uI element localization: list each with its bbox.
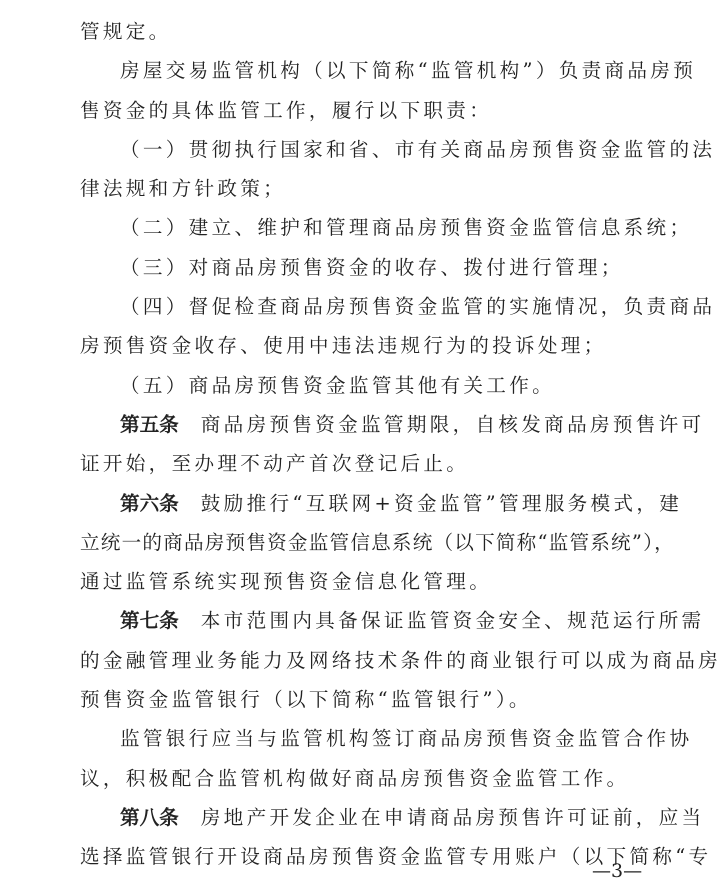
- text-line-12: 证开始，至办理不动产首次登记后止。: [80, 444, 670, 483]
- line-text: 售资金的具体监管工作，履行以下职责：: [80, 99, 492, 122]
- article-8-line: 第八条房地产开发企业在申请商品房预售许可证前，应当: [80, 798, 670, 837]
- article-5-line: 第五条商品房预售资金监管期限，自核发商品房预售许可: [80, 405, 670, 444]
- line-text: 律法规和方针政策；: [80, 177, 286, 200]
- line-text: 房预售资金收存、使用中违法违规行为的投诉处理；: [80, 334, 607, 357]
- line-text: 监管银行应当与监管机构签订商品房预售资金监管合作协: [120, 727, 692, 750]
- article-7-line: 第七条本市范围内具备保证监管资金安全、规范运行所需: [80, 601, 670, 640]
- text-line-17: 的金融管理业务能力及网络技术条件的商业银行可以成为商品房: [80, 641, 670, 680]
- text-line-5: 律法规和方针政策；: [80, 169, 670, 208]
- line-text: 管规定。: [80, 20, 172, 43]
- article-label: 第八条: [120, 806, 179, 829]
- line-text: 房地产开发企业在申请商品房预售许可证前，应当: [201, 806, 705, 829]
- text-line-15: 通过监管系统实现预售资金信息化管理。: [80, 562, 670, 601]
- line-text: 通过监管系统实现预售资金信息化管理。: [80, 570, 492, 593]
- line-text: 议，积极配合监管机构做好商品房预售资金监管工作。: [80, 767, 629, 790]
- text-line-22: 选择监管银行开设商品房预售资金监管专用账户（以下简称“专: [80, 837, 670, 876]
- line-text: 的金融管理业务能力及网络技术条件的商业银行可以成为商品房: [80, 649, 720, 672]
- text-line-14: 立统一的商品房预售资金监管信息系统（以下简称“监管系统”），: [80, 523, 670, 562]
- text-line-19: 监管银行应当与监管机构签订商品房预售资金监管合作协: [80, 719, 670, 758]
- text-line-2: 房屋交易监管机构（以下简称“监管机构”）负责商品房预: [80, 51, 670, 90]
- line-text: （一）贯彻执行国家和省、市有关商品房预售资金监管的法: [120, 138, 715, 161]
- text-line-18: 预售资金监管银行（以下简称“监管银行”）。: [80, 680, 670, 719]
- line-text: 立统一的商品房预售资金监管信息系统（以下简称“监管系统”），: [80, 531, 675, 554]
- line-text: 房屋交易监管机构（以下简称“监管机构”）负责商品房预: [120, 59, 696, 82]
- text-line-7: （三）对商品房预售资金的收存、拨付进行管理；: [80, 248, 670, 287]
- article-label: 第六条: [120, 492, 179, 515]
- text-line-20: 议，积极配合监管机构做好商品房预售资金监管工作。: [80, 759, 670, 798]
- line-text: （三）对商品房预售资金的收存、拨付进行管理；: [120, 256, 624, 279]
- document-page: 管规定。 房屋交易监管机构（以下简称“监管机构”）负责商品房预 售资金的具体监管…: [80, 12, 670, 877]
- line-text: 预售资金监管银行（以下简称“监管银行”）。: [80, 688, 532, 711]
- line-text: 证开始，至办理不动产首次登记后止。: [80, 452, 469, 475]
- page-number: —3—: [592, 860, 642, 882]
- line-text: （四）督促检查商品房预售资金监管的实施情况，负责商品: [120, 295, 715, 318]
- text-line-10: （五）商品房预售资金监管其他有关工作。: [80, 366, 670, 405]
- text-line-1: 管规定。: [80, 12, 670, 51]
- line-text: 本市范围内具备保证监管资金安全、规范运行所需: [201, 609, 705, 632]
- article-label: 第五条: [120, 413, 179, 436]
- text-line-3: 售资金的具体监管工作，履行以下职责：: [80, 91, 670, 130]
- line-text: 商品房预售资金监管期限，自核发商品房预售许可: [201, 413, 705, 436]
- text-line-8: （四）督促检查商品房预售资金监管的实施情况，负责商品: [80, 287, 670, 326]
- line-text: （五）商品房预售资金监管其他有关工作。: [120, 374, 555, 397]
- text-line-6: （二）建立、维护和管理商品房预售资金监管信息系统；: [80, 208, 670, 247]
- line-text: （二）建立、维护和管理商品房预售资金监管信息系统；: [120, 216, 692, 239]
- line-text: 鼓励推行“互联网+资金监管”管理服务模式，建: [201, 492, 682, 515]
- article-6-line: 第六条鼓励推行“互联网+资金监管”管理服务模式，建: [80, 484, 670, 523]
- text-line-9: 房预售资金收存、使用中违法违规行为的投诉处理；: [80, 326, 670, 365]
- article-label: 第七条: [120, 609, 179, 632]
- text-line-4: （一）贯彻执行国家和省、市有关商品房预售资金监管的法: [80, 130, 670, 169]
